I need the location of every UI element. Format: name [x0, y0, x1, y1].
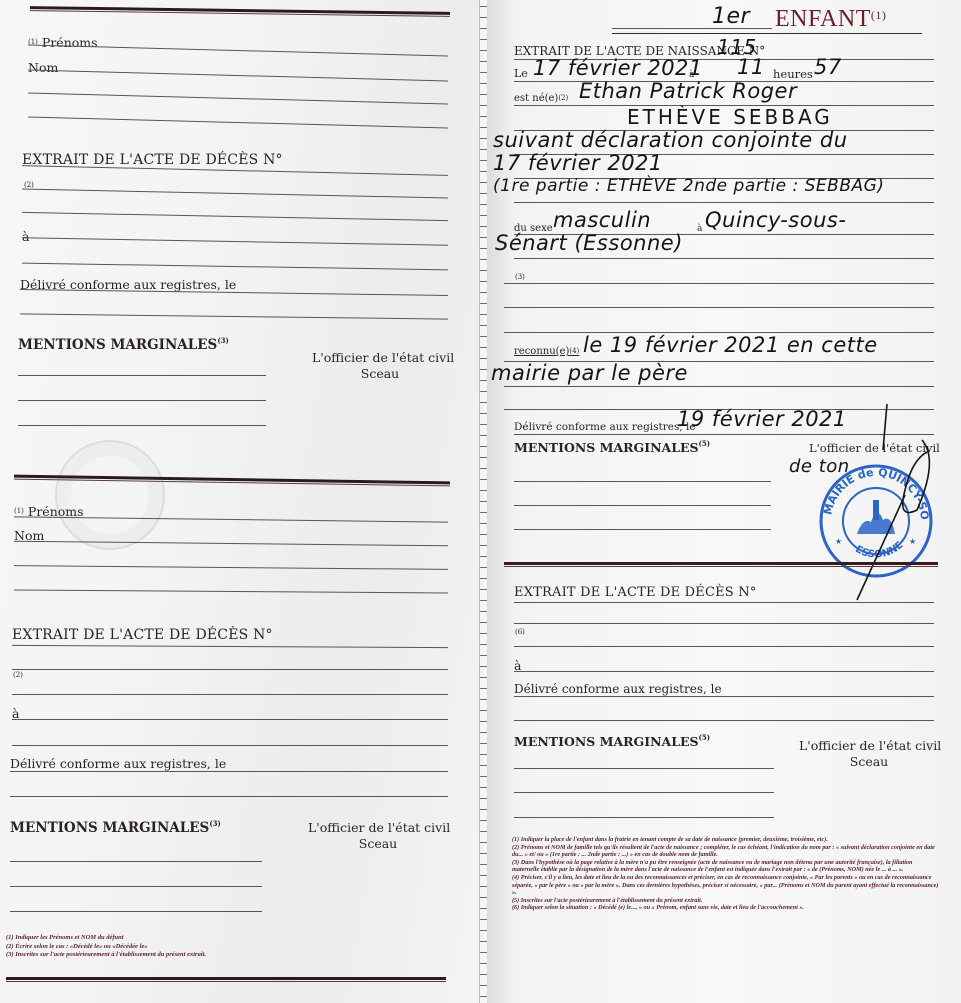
- birth-place-line-1: Quincy-sous-: [705, 208, 846, 232]
- mentions-line[interactable]: [10, 861, 262, 862]
- delivre-date-value: 19 février 2021: [677, 407, 847, 431]
- blank-line[interactable]: [14, 565, 448, 570]
- mentions-marginales-heading: MENTIONS MARGINALES(3): [10, 820, 221, 836]
- name-field[interactable]: [514, 202, 934, 203]
- blank-line[interactable]: [10, 796, 448, 797]
- sceau-label: Sceau: [312, 366, 448, 382]
- footnotes: (1) Indiquer la place de l'enfant dans l…: [512, 836, 940, 912]
- birth-place-line-2: Sénart (Essonne): [495, 231, 683, 255]
- blank-line[interactable]: [12, 669, 448, 670]
- child-surname: ETHÈVE SEBBAG: [627, 105, 833, 129]
- sceau-label: Sceau: [799, 754, 939, 770]
- birth-hour-value: 11: [737, 55, 765, 79]
- enfant-title: ENFANT(1): [775, 6, 886, 33]
- footnote-ref: (1): [871, 8, 887, 22]
- delivre-date-field[interactable]: [10, 771, 448, 772]
- birth-minutes-value: 57: [814, 55, 842, 79]
- title-underline: [612, 33, 922, 34]
- blank-line[interactable]: [504, 307, 934, 308]
- footnote-ref: (2): [558, 94, 568, 102]
- mentions-line[interactable]: [18, 375, 266, 376]
- mentions-text: MENTIONS MARGINALES: [514, 440, 699, 455]
- nom-field[interactable]: [28, 70, 448, 82]
- le-label: Le: [514, 67, 528, 81]
- blank-line[interactable]: [14, 589, 448, 593]
- acte-deces-number-field[interactable]: [514, 602, 934, 603]
- mentions-line[interactable]: [514, 505, 771, 506]
- blank-line[interactable]: [20, 313, 448, 319]
- footnote: (6) Indiquer selon la situation : « Décé…: [512, 904, 940, 912]
- blank-line[interactable]: [12, 694, 448, 695]
- officier-block: L'officier de l'état civil Sceau: [308, 820, 448, 852]
- footnote-ref: (5): [699, 733, 711, 742]
- footnote: (5) Inscrites sur l'acte postérieurement…: [512, 897, 940, 905]
- officier-label: L'officier de l'état civil: [312, 350, 448, 366]
- delivre-label: Délivré conforme aux registres, le: [10, 757, 226, 771]
- footnote-ref: (3): [515, 270, 961, 284]
- footnote-ref: (3): [217, 336, 229, 345]
- blank-line[interactable]: [514, 646, 934, 647]
- footnote-ref: (5): [699, 439, 711, 448]
- acte-deces-heading: EXTRAIT DE L'ACTE DE DÉCÈS N°: [514, 585, 757, 600]
- section-divider: [504, 562, 938, 567]
- declaration-line-1: suivant déclaration conjointe du: [493, 128, 848, 152]
- footnote: (4) Préciser, s'il y a lieu, les date et…: [512, 874, 940, 897]
- mentions-line[interactable]: [10, 886, 262, 887]
- sexe-value: masculin: [553, 208, 651, 232]
- lieu-field[interactable]: [12, 719, 448, 720]
- mentions-line[interactable]: [514, 529, 771, 530]
- section-divider: [30, 6, 450, 17]
- footnote-ref: (3): [209, 819, 221, 828]
- lieu-field[interactable]: [22, 237, 448, 245]
- ne-label: est né(e)(2): [514, 92, 568, 106]
- right-page: 1er ENFANT(1) EXTRAIT DE L'ACTE DE NAISS…: [487, 0, 961, 1003]
- footnote-ref: (4): [569, 347, 579, 355]
- officier-block: L'officier de l'état civil Sceau: [799, 738, 939, 770]
- declaration-line-3: (1re partie : ETHÈVE 2nde partie : SEBBA…: [493, 176, 884, 196]
- blank-line[interactable]: [514, 623, 934, 624]
- delivre-label: Délivré conforme aux registres, le: [514, 682, 722, 696]
- enfant-title-text: ENFANT: [775, 6, 871, 32]
- reconnaissance-line-1: le 19 février 2021 en cette: [583, 333, 878, 357]
- delivre-label: Délivré conforme aux registres, le: [514, 420, 696, 434]
- nom-field[interactable]: [14, 541, 448, 547]
- delivre-date-field[interactable]: [514, 696, 934, 697]
- section-divider: [6, 977, 446, 982]
- mentions-text: MENTIONS MARGINALES: [10, 820, 209, 836]
- mentions-text: MENTIONS MARGINALES: [18, 337, 217, 353]
- mentions-line[interactable]: [514, 792, 774, 793]
- mentions-line[interactable]: [514, 817, 774, 818]
- footnote-ref: (1): [14, 507, 24, 515]
- blank-line[interactable]: [22, 212, 448, 221]
- blank-line[interactable]: [28, 93, 448, 105]
- prenoms-label: (1) Prénoms: [28, 36, 98, 50]
- blank-line[interactable]: [28, 117, 448, 129]
- blank-line[interactable]: [22, 263, 448, 271]
- officier-block: L'officier de l'état civil Sceau: [312, 350, 448, 382]
- footnote: (1) Indiquer la place de l'enfant dans l…: [512, 836, 940, 844]
- prenoms-field[interactable]: [28, 45, 448, 57]
- acte-deces-number-field[interactable]: [12, 645, 448, 648]
- acte-deces-heading: EXTRAIT DE L'ACTE DE DÉCÈS N°: [12, 627, 273, 643]
- prenoms-text: Prénoms: [42, 35, 98, 50]
- blank-line[interactable]: [504, 283, 934, 284]
- left-page: (1) Prénoms Nom EXTRAIT DE L'ACTE DE DÉC…: [0, 0, 480, 1003]
- mentions-marginales-heading: MENTIONS MARGINALES(3): [18, 337, 229, 353]
- mentions-line[interactable]: [18, 400, 266, 401]
- mentions-line[interactable]: [514, 481, 771, 482]
- mentions-line[interactable]: [10, 911, 262, 912]
- footnote-ref: (6): [515, 625, 961, 639]
- mentions-marginales-heading: MENTIONS MARGINALES(5): [514, 440, 710, 455]
- officier-label: L'officier de l'état civil: [308, 820, 448, 836]
- footnote: (1) Indiquer les Prénoms et NOM du défun…: [6, 934, 446, 943]
- footnote-ref: (2): [13, 668, 480, 682]
- footnote: (2) Prénoms et NOM de famille tels qu'il…: [512, 844, 940, 859]
- child-given-names: Ethan Patrick Roger: [579, 79, 797, 103]
- birth-place-field[interactable]: [514, 258, 934, 259]
- rank-handwritten: 1er: [712, 4, 750, 29]
- declaration-line-2: 17 février 2021: [493, 151, 663, 175]
- mentions-text: MENTIONS MARGINALES: [514, 734, 699, 749]
- officier-signature: [827, 400, 947, 610]
- blank-line[interactable]: [514, 720, 934, 721]
- officier-label: L'officier de l'état civil: [799, 738, 939, 754]
- footnote: (3) Dans l'hypothèse où la page relative…: [512, 859, 940, 874]
- ne-text: est né(e): [514, 93, 558, 104]
- lieu-field[interactable]: [514, 671, 934, 672]
- birth-date-value: 17 février 2021: [533, 56, 703, 80]
- mentions-line[interactable]: [514, 768, 774, 769]
- footnotes: (1) Indiquer les Prénoms et NOM du défun…: [6, 934, 446, 960]
- footnote: (2) Écrire selon le cas : «Décédé le» ou…: [6, 943, 446, 952]
- footnote: (3) Inscrites sur l'acte postérieurement…: [6, 951, 446, 960]
- blank-line[interactable]: [12, 745, 448, 746]
- mentions-line[interactable]: [18, 425, 266, 426]
- nom-label: Nom: [28, 61, 58, 75]
- reconnu-label: reconnu(e)(4): [514, 345, 579, 359]
- reconnaissance-field[interactable]: [504, 386, 934, 387]
- reconnaissance-line-2: mairie par le père: [491, 361, 688, 385]
- embossed-seal: [55, 440, 165, 550]
- mentions-marginales-heading: MENTIONS MARGINALES(5): [514, 734, 710, 749]
- sceau-label: Sceau: [308, 836, 448, 852]
- reconnu-text: reconnu(e): [514, 346, 569, 357]
